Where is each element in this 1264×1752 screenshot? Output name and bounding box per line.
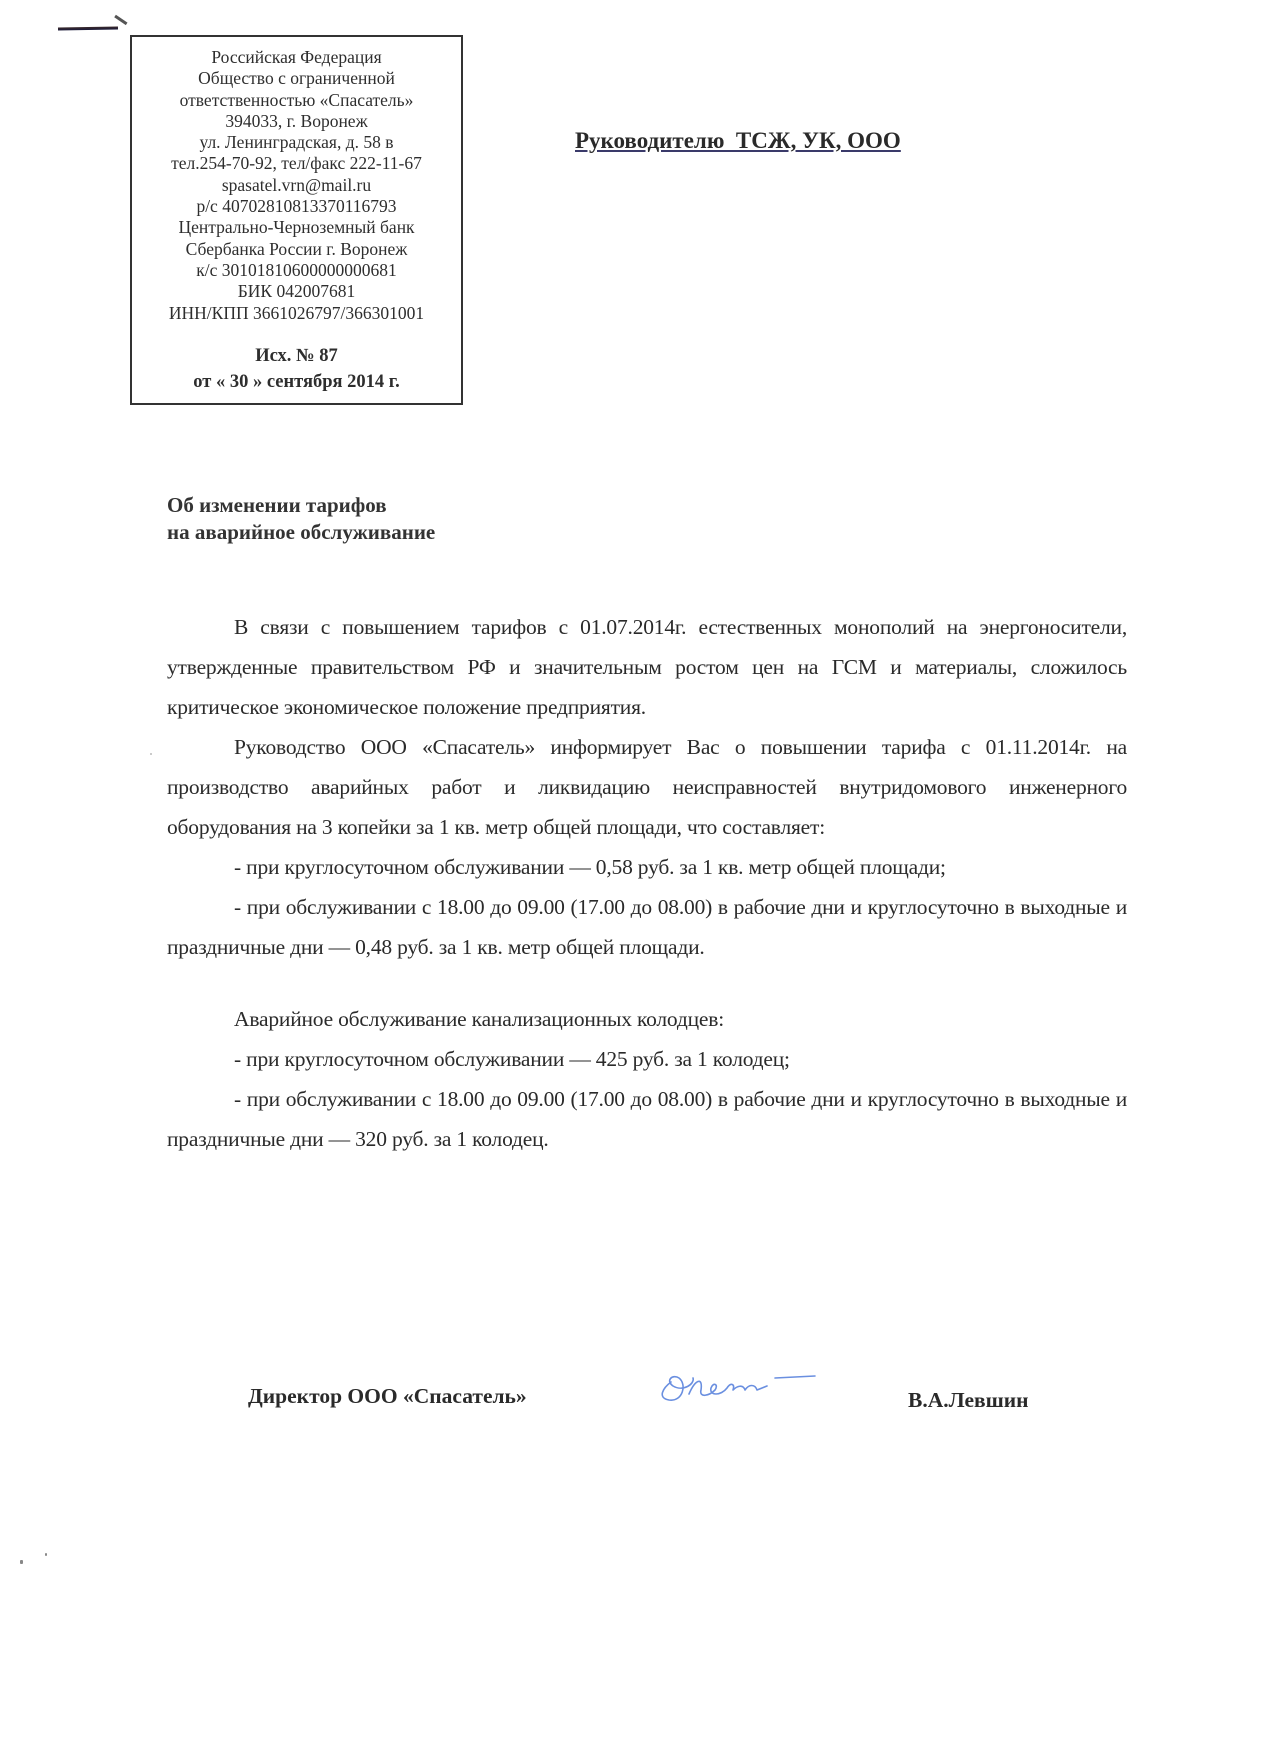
outgoing-number: Исх. № 87	[132, 343, 461, 369]
letterhead-line: БИК 042007681	[132, 281, 461, 302]
wells-round-the-clock: - при круглосуточном обслуживании — 425 …	[167, 1039, 1127, 1079]
signatory-name: В.А.Левшин	[908, 1388, 1029, 1413]
wells-heading: Аварийное обслуживание канализационных к…	[167, 999, 1127, 1039]
signature-block: Директор ООО «Спасатель» В.А.Левшин	[248, 1384, 1048, 1444]
tariff-round-the-clock: - при круглосуточном обслуживании — 0,58…	[167, 847, 1127, 887]
body-paragraph-1: В связи с повышением тарифов с 01.07.201…	[167, 607, 1127, 727]
signatory-title: Директор ООО «Спасатель»	[248, 1384, 527, 1409]
letterhead-line: Российская Федерация	[132, 47, 461, 68]
letterhead-line: р/с 40702810813370116793	[132, 196, 461, 217]
outgoing-date: от « 30 » сентября 2014 г.	[132, 369, 461, 395]
letterhead-line: к/с 30101810600000000681	[132, 260, 461, 281]
letterhead-line: тел.254-70-92, тел/факс 222-11-67	[132, 153, 461, 174]
subject-line-1: Об изменении тарифов	[167, 492, 435, 519]
handwritten-signature-icon	[643, 1354, 843, 1414]
scan-speck	[20, 1560, 23, 1564]
letter-body: В связи с повышением тарифов с 01.07.201…	[167, 607, 1127, 1159]
subject-line-2: на аварийное обслуживание	[167, 519, 435, 546]
letterhead-line: ответственностью «Спасатель»	[132, 90, 461, 111]
scan-speck	[150, 753, 152, 755]
letterhead-line: Сбербанка России г. Воронеж	[132, 239, 461, 260]
scan-speck	[45, 1553, 47, 1556]
outgoing-reference: Исх. № 87 от « 30 » сентября 2014 г.	[132, 343, 461, 395]
tariff-partial: - при обслуживании с 18.00 до 09.00 (17.…	[167, 887, 1127, 967]
letter-subject: Об изменении тарифов на аварийное обслуж…	[167, 492, 435, 546]
letterhead-line: Общество с ограниченной	[132, 68, 461, 89]
letterhead-stamp-box: Российская Федерация Общество с ограниче…	[130, 35, 463, 405]
letterhead-line: ул. Ленинградская, д. 58 в	[132, 132, 461, 153]
letterhead-line: ИНН/КПП 3661026797/366301001	[132, 303, 461, 324]
letterhead-email: spasatel.vrn@mail.ru	[132, 175, 461, 196]
letterhead-line: Центрально-Черноземный банк	[132, 217, 461, 238]
body-paragraph-2: Руководство ООО «Спасатель» информирует …	[167, 727, 1127, 847]
recipient-address: Руководителю ТСЖ, УК, ООО	[575, 128, 901, 154]
scan-artifact-mark	[58, 26, 118, 30]
wells-partial: - при обслуживании с 18.00 до 09.00 (17.…	[167, 1079, 1127, 1159]
letterhead-line: 394033, г. Воронеж	[132, 111, 461, 132]
